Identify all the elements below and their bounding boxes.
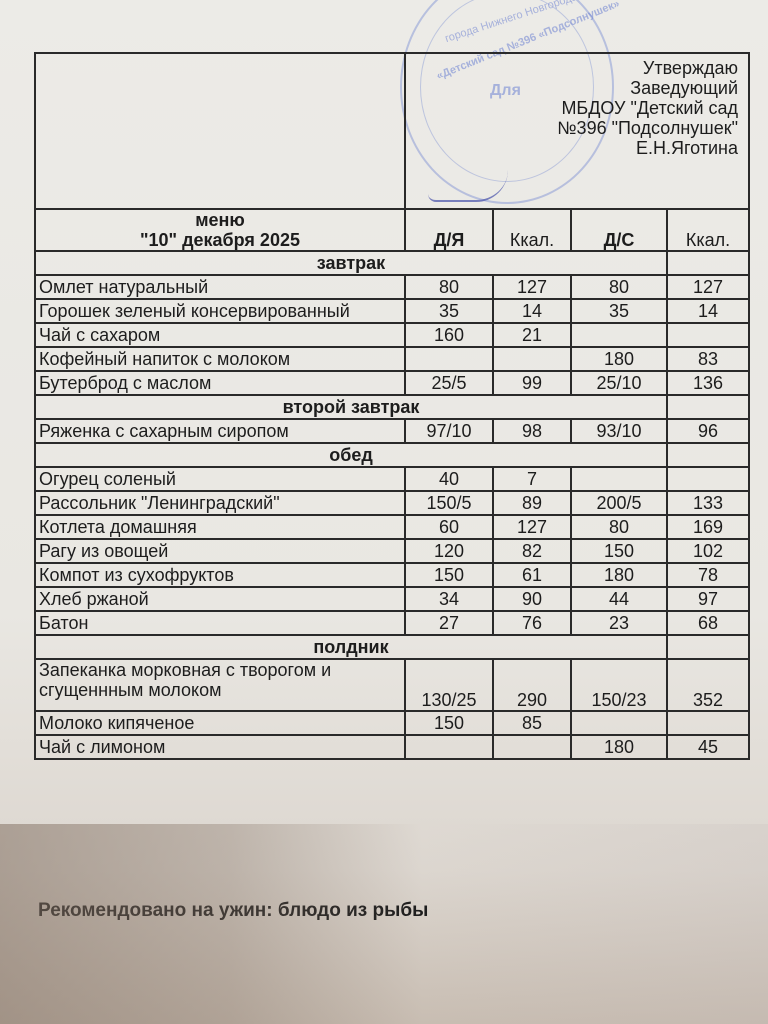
- section-row: второй завтрак: [35, 395, 749, 419]
- section-row: полдник: [35, 635, 749, 659]
- menu-title: меню: [39, 210, 401, 230]
- value-kcal-ds: 102: [667, 539, 749, 563]
- value-kcal-ds: 136: [667, 371, 749, 395]
- dish-name: Рагу из овощей: [35, 539, 405, 563]
- value-kcal-ds: 97: [667, 587, 749, 611]
- menu-item-row: Котлета домашняя6012780169: [35, 515, 749, 539]
- menu-table: Утверждаю Заведующий МБДОУ "Детский сад …: [34, 52, 750, 760]
- value-kcal-dy: 90: [493, 587, 571, 611]
- value-ds: 23: [571, 611, 667, 635]
- menu-item-row: Омлет натуральный8012780127: [35, 275, 749, 299]
- empty-cell: [667, 251, 749, 275]
- value-kcal-ds: 45: [667, 735, 749, 759]
- menu-item-row: Чай с сахаром16021: [35, 323, 749, 347]
- value-kcal-ds: 352: [667, 659, 749, 711]
- section-title: завтрак: [35, 251, 667, 275]
- dish-name: Котлета домашняя: [35, 515, 405, 539]
- value-kcal-ds: [667, 711, 749, 735]
- dish-name: Батон: [35, 611, 405, 635]
- value-kcal-dy: 7: [493, 467, 571, 491]
- menu-item-row: Огурец соленый407: [35, 467, 749, 491]
- column-header-kcal-ds: Ккал.: [667, 209, 749, 251]
- value-ds: [571, 467, 667, 491]
- value-ds: 80: [571, 275, 667, 299]
- approval-row: Утверждаю Заведующий МБДОУ "Детский сад …: [35, 53, 749, 209]
- value-kcal-dy: 21: [493, 323, 571, 347]
- value-ds: 80: [571, 515, 667, 539]
- dish-name: Ряженка с сахарным сиропом: [35, 419, 405, 443]
- value-dy: 120: [405, 539, 493, 563]
- value-dy: 34: [405, 587, 493, 611]
- value-ds: 25/10: [571, 371, 667, 395]
- value-dy: [405, 347, 493, 371]
- value-ds: 150/23: [571, 659, 667, 711]
- section-row: завтрак: [35, 251, 749, 275]
- value-kcal-ds: 14: [667, 299, 749, 323]
- value-kcal-dy: 290: [493, 659, 571, 711]
- value-kcal-ds: 83: [667, 347, 749, 371]
- dish-name: Омлет натуральный: [35, 275, 405, 299]
- value-kcal-dy: 14: [493, 299, 571, 323]
- value-ds: 150: [571, 539, 667, 563]
- menu-item-row: Молоко кипяченое15085: [35, 711, 749, 735]
- value-ds: [571, 323, 667, 347]
- approval-line: Заведующий: [406, 78, 738, 98]
- approval-signatory: Е.Н.Яготина: [406, 138, 738, 158]
- value-ds: 180: [571, 563, 667, 587]
- menu-item-row: Компот из сухофруктов1506118078: [35, 563, 749, 587]
- approval-line: Утверждаю: [406, 58, 738, 78]
- column-header-ds: Д/С: [571, 209, 667, 251]
- value-kcal-dy: 85: [493, 711, 571, 735]
- value-dy: 27: [405, 611, 493, 635]
- value-ds: 180: [571, 735, 667, 759]
- approval-block: Утверждаю Заведующий МБДОУ "Детский сад …: [405, 53, 749, 209]
- menu-item-row: Хлеб ржаной34904497: [35, 587, 749, 611]
- value-kcal-ds: 127: [667, 275, 749, 299]
- section-row: обед: [35, 443, 749, 467]
- value-kcal-dy: 127: [493, 275, 571, 299]
- section-title: обед: [35, 443, 667, 467]
- column-header-dy: Д/Я: [405, 209, 493, 251]
- value-dy: 160: [405, 323, 493, 347]
- value-dy: 130/25: [405, 659, 493, 711]
- column-header-kcal-dy: Ккал.: [493, 209, 571, 251]
- section-title: второй завтрак: [35, 395, 667, 419]
- value-dy: 25/5: [405, 371, 493, 395]
- value-dy: 80: [405, 275, 493, 299]
- dish-name: Чай с лимоном: [35, 735, 405, 759]
- value-kcal-dy: 61: [493, 563, 571, 587]
- empty-cell: [667, 395, 749, 419]
- photo-shadow: [0, 824, 768, 1024]
- menu-item-row: Чай с лимоном18045: [35, 735, 749, 759]
- value-kcal-ds: [667, 323, 749, 347]
- menu-item-row: Запеканка морковная с творогом и сгущенн…: [35, 659, 749, 711]
- dish-name: Рассольник "Ленинградский": [35, 491, 405, 515]
- dish-name: Бутерброд с маслом: [35, 371, 405, 395]
- dish-name: Кофейный напиток с молоком: [35, 347, 405, 371]
- empty-cell: [667, 635, 749, 659]
- menu-item-row: Ряженка с сахарным сиропом97/109893/1096: [35, 419, 749, 443]
- value-dy: 35: [405, 299, 493, 323]
- value-kcal-ds: 133: [667, 491, 749, 515]
- value-kcal-dy: [493, 347, 571, 371]
- approval-line: №396 "Подсолнушек": [406, 118, 738, 138]
- empty-cell: [667, 443, 749, 467]
- value-kcal-dy: 82: [493, 539, 571, 563]
- menu-item-row: Рагу из овощей12082150102: [35, 539, 749, 563]
- value-dy: 97/10: [405, 419, 493, 443]
- value-kcal-dy: 99: [493, 371, 571, 395]
- value-kcal-ds: [667, 467, 749, 491]
- menu-item-row: Рассольник "Ленинградский"150/589200/513…: [35, 491, 749, 515]
- value-kcal-ds: 68: [667, 611, 749, 635]
- dish-name: Хлеб ржаной: [35, 587, 405, 611]
- menu-title-cell: меню "10" декабря 2025: [35, 209, 405, 251]
- value-ds: 93/10: [571, 419, 667, 443]
- stamp-ring-text: города Нижнего Новгорода: [444, 0, 579, 45]
- value-dy: 40: [405, 467, 493, 491]
- dish-name: Компот из сухофруктов: [35, 563, 405, 587]
- value-dy: 150/5: [405, 491, 493, 515]
- column-header-row: меню "10" декабря 2025 Д/Я Ккал. Д/С Кка…: [35, 209, 749, 251]
- value-dy: 150: [405, 711, 493, 735]
- menu-date: "10" декабря 2025: [39, 230, 401, 250]
- value-ds: 35: [571, 299, 667, 323]
- blank-header-cell: [35, 53, 405, 209]
- dish-name: Огурец соленый: [35, 467, 405, 491]
- value-ds: [571, 711, 667, 735]
- menu-item-row: Бутерброд с маслом25/59925/10136: [35, 371, 749, 395]
- dinner-recommendation: Рекомендовано на ужин: блюдо из рыбы: [38, 900, 428, 922]
- value-kcal-ds: 96: [667, 419, 749, 443]
- dish-name: Запеканка морковная с творогом и сгущенн…: [35, 659, 405, 711]
- menu-item-row: Кофейный напиток с молоком18083: [35, 347, 749, 371]
- menu-item-row: Горошек зеленый консервированный35143514: [35, 299, 749, 323]
- value-dy: [405, 735, 493, 759]
- dish-name: Молоко кипяченое: [35, 711, 405, 735]
- value-kcal-dy: [493, 735, 571, 759]
- value-ds: 44: [571, 587, 667, 611]
- section-title: полдник: [35, 635, 667, 659]
- value-ds: 180: [571, 347, 667, 371]
- value-kcal-ds: 78: [667, 563, 749, 587]
- value-dy: 60: [405, 515, 493, 539]
- value-kcal-dy: 127: [493, 515, 571, 539]
- value-kcal-dy: 98: [493, 419, 571, 443]
- value-ds: 200/5: [571, 491, 667, 515]
- menu-item-row: Батон27762368: [35, 611, 749, 635]
- value-kcal-dy: 76: [493, 611, 571, 635]
- value-kcal-dy: 89: [493, 491, 571, 515]
- dish-name: Горошек зеленый консервированный: [35, 299, 405, 323]
- dish-name: Чай с сахаром: [35, 323, 405, 347]
- approval-line: МБДОУ "Детский сад: [406, 98, 738, 118]
- value-dy: 150: [405, 563, 493, 587]
- value-kcal-ds: 169: [667, 515, 749, 539]
